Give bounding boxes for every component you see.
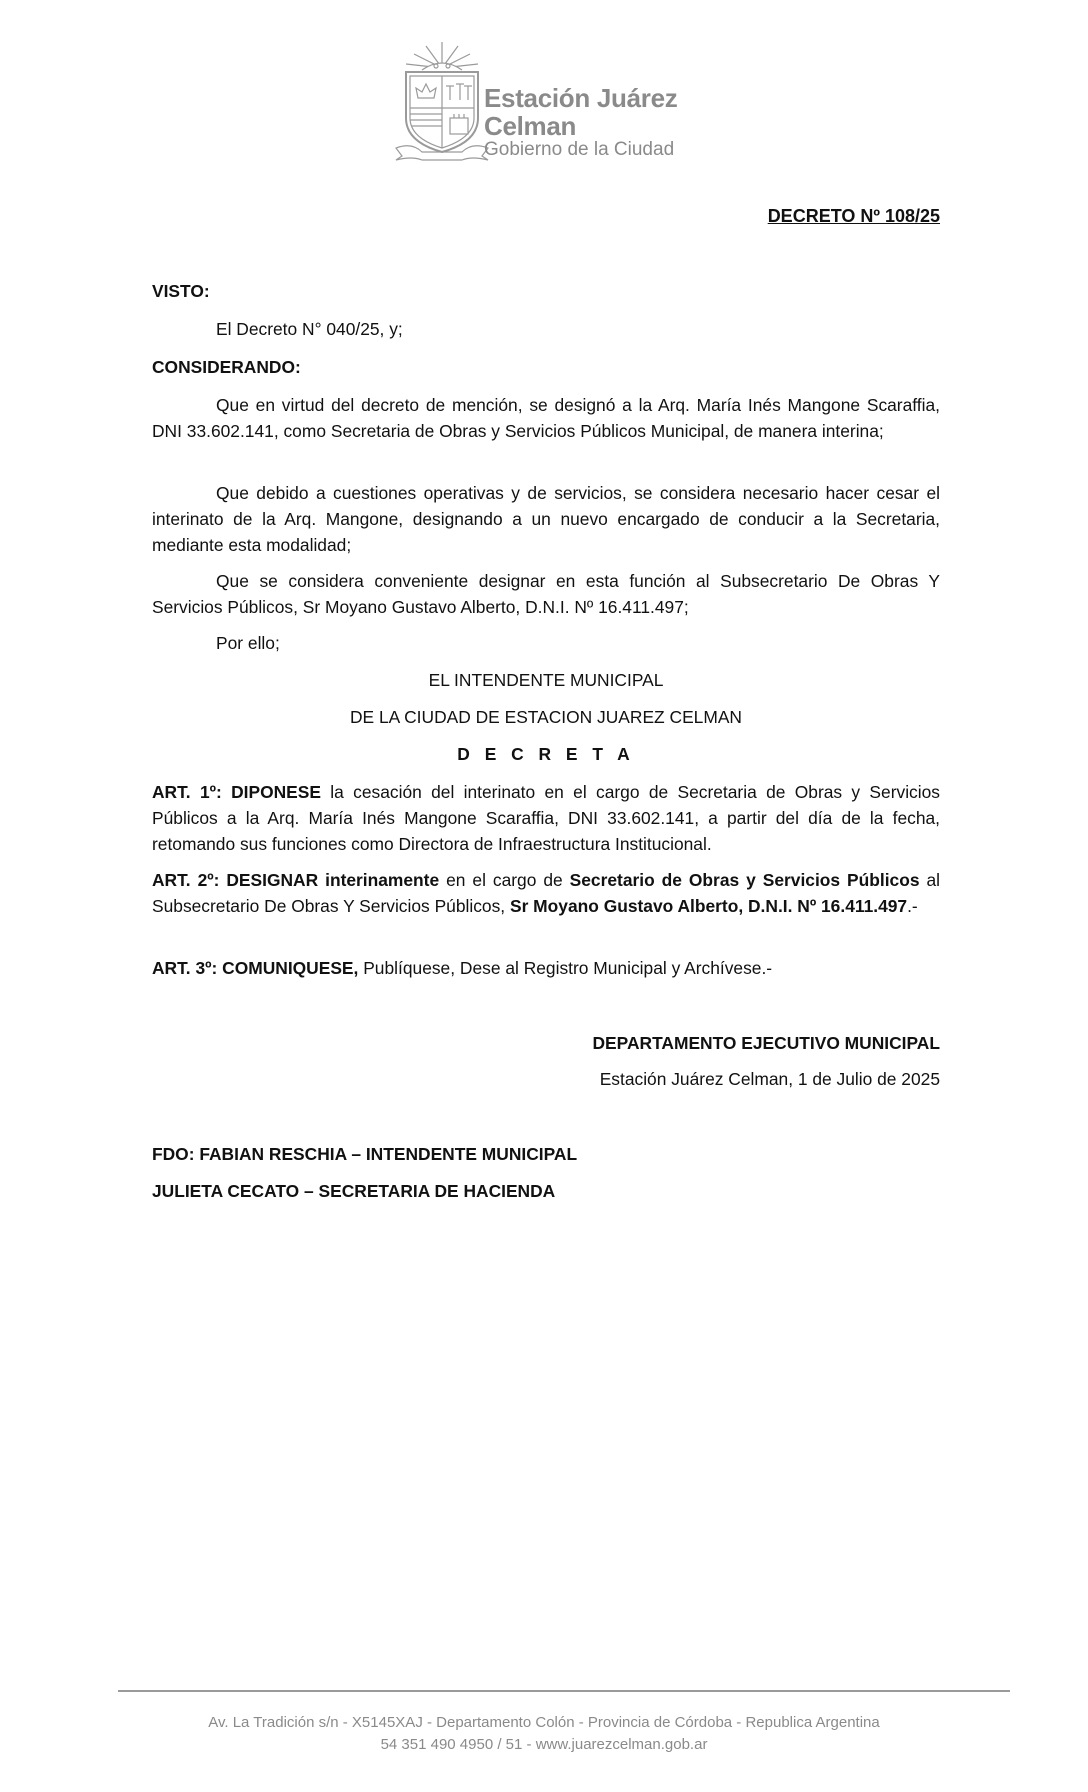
article-text: Publíquese, Dese al Registro Municipal y… — [358, 958, 772, 978]
considerando-paragraph: Que debido a cuestiones operativas y de … — [152, 480, 940, 558]
footer-contact: 54 351 490 4950 / 51 - www.juarezcelman.… — [0, 1734, 1088, 1755]
footer-divider — [118, 1690, 1010, 1692]
signature-line: FDO: FABIAN RESCHIA – INTENDENTE MUNICIP… — [152, 1141, 940, 1167]
article-3: ART. 3º: COMUNIQUESE, Publíquese, Dese a… — [152, 955, 940, 981]
article-text: DESIGNAR interinamente — [219, 870, 439, 890]
article-text: Sr Moyano Gustavo Alberto, D.N.I. Nº 16.… — [510, 896, 907, 916]
decree-number: DECRETO Nº 108/25 — [768, 203, 940, 229]
considerando-label: CONSIDERANDO: — [152, 354, 940, 380]
department: DEPARTAMENTO EJECUTIVO MUNICIPAL — [152, 1030, 940, 1056]
brand-title: Estación Juárez Celman — [484, 84, 772, 140]
article-label: ART. 2º: — [152, 870, 219, 890]
considerando-paragraph: Que se considera conveniente designar en… — [152, 568, 940, 620]
considerando-paragraph: Que en virtud del decreto de mención, se… — [152, 392, 940, 444]
place-date: Estación Juárez Celman, 1 de Julio de 20… — [152, 1066, 940, 1092]
article-text: en el cargo de — [439, 870, 569, 890]
brand-subtitle: Gobierno de la Ciudad — [484, 140, 772, 160]
article-text: DIPONESE — [222, 782, 321, 802]
por-ello: Por ello; — [152, 630, 940, 656]
footer-address: Av. La Tradición s/n - X5145XAJ - Depart… — [0, 1712, 1088, 1733]
signature-line: JULIETA CECATO – SECRETARIA DE HACIENDA — [152, 1178, 940, 1204]
article-text: .- — [907, 896, 918, 916]
article-2: ART. 2º: DESIGNAR interinamente en el ca… — [152, 867, 940, 919]
visto-text: El Decreto N° 040/25, y; — [152, 316, 940, 342]
coat-of-arms-icon — [392, 38, 492, 163]
authority-line: EL INTENDENTE MUNICIPAL — [152, 667, 940, 693]
brand: Estación Juárez Celman Gobierno de la Ci… — [484, 84, 772, 160]
decreta-heading: D E C R E T A — [152, 741, 940, 767]
article-label: ART. 1º: — [152, 782, 222, 802]
letterhead: Estación Juárez Celman Gobierno de la Ci… — [392, 38, 772, 163]
article-text: Secretario de Obras y Servicios Públicos — [570, 870, 920, 890]
article-1: ART. 1º: DIPONESE la cesación del interi… — [152, 779, 940, 857]
visto-label: VISTO: — [152, 278, 940, 304]
article-label: ART. 3º: — [152, 958, 217, 978]
authority-line: DE LA CIUDAD DE ESTACION JUAREZ CELMAN — [152, 704, 940, 730]
article-text: COMUNIQUESE, — [217, 958, 358, 978]
